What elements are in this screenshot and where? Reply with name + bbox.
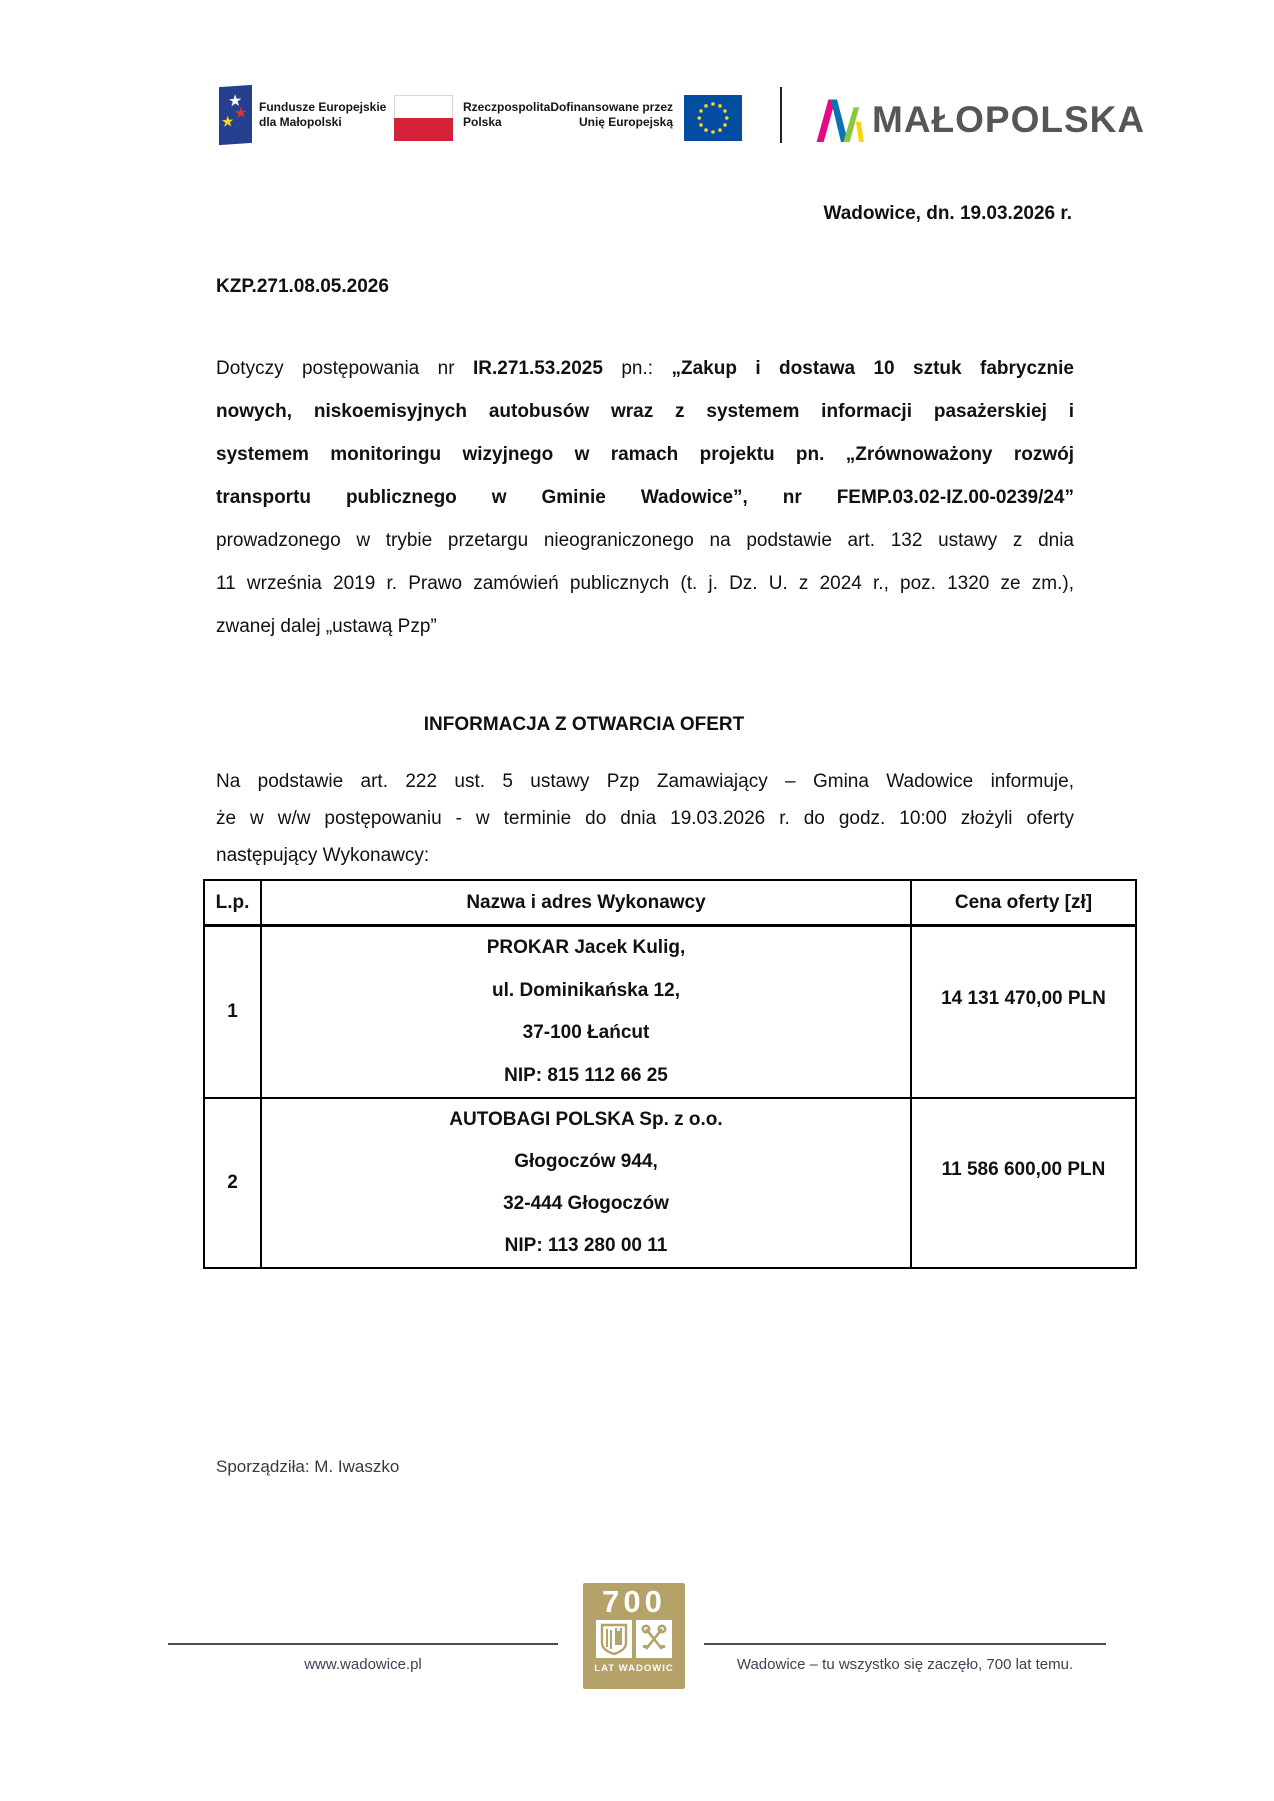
paragraph-line: Dotyczy postępowania nr IR.271.53.2025 p… (216, 347, 1074, 390)
shield-emblem-icon (596, 1620, 632, 1658)
paragraph-line: Na podstawie art. 222 ust. 5 ustawy Pzp … (216, 763, 1074, 800)
paragraph-line: nowych, niskoemisyjnych autobusów wraz z… (216, 390, 1074, 433)
document-page: ★ ★ ★ Fundusze Europejskie dla Małopolsk… (0, 0, 1274, 1801)
footer-slogan: Wadowice – tu wszystko się zaczęło, 700 … (704, 1656, 1106, 1673)
table-row: 1 PROKAR Jacek Kulig, ul. Dominikańska 1… (205, 927, 1135, 1099)
contractor-name-line: ul. Dominikańska 12, (492, 980, 680, 1002)
anniversary-logo: 700 (583, 1583, 685, 1689)
paragraph-line: 11 września 2019 r. Prawo zamówień publi… (216, 562, 1074, 605)
paragraph-line: prowadzonego w trybie przetargu nieogran… (216, 519, 1074, 562)
contractor-name-line: Głogoczów 944, (514, 1151, 658, 1173)
contractor-address-cell: PROKAR Jacek Kulig, ul. Dominikańska 12,… (262, 927, 912, 1097)
offer-price: 14 131 470,00 PLN (912, 927, 1135, 1097)
paragraph-line: transportu publicznego w Gminie Wadowice… (216, 476, 1074, 519)
malopolska-wordmark: MAŁOPOLSKA (872, 99, 1145, 141)
funding-logos-bar: ★ ★ ★ Fundusze Europejskie dla Małopolsk… (0, 0, 1274, 170)
poland-label: Rzeczpospolita Polska (463, 100, 550, 130)
row-number: 1 (205, 927, 262, 1097)
eu-flag-icon (684, 95, 742, 141)
row-number: 2 (205, 1099, 262, 1267)
keys-emblem-icon (636, 1620, 672, 1658)
anniversary-number: 700 (602, 1585, 666, 1619)
website-label: www.wadowice.pl (168, 1656, 558, 1673)
contractor-address-cell: AUTOBAGI POLSKA Sp. z o.o. Głogoczów 944… (262, 1099, 912, 1267)
contractor-name-line: NIP: 113 280 00 11 (505, 1235, 668, 1257)
prepared-by: Sporządziła: M. Iwaszko (216, 1457, 399, 1477)
intro-paragraph: Na podstawie art. 222 ust. 5 ustawy Pzp … (216, 763, 1074, 874)
star-icon: ★ (221, 114, 234, 130)
poland-flag-icon (394, 95, 453, 141)
contractor-name-line: PROKAR Jacek Kulig, (487, 937, 686, 959)
paragraph-line: zwanej dalej „ustawą Pzp” (216, 605, 1074, 648)
contractor-name-line: 32-444 Głogoczów (503, 1193, 669, 1215)
logo-divider (780, 87, 782, 143)
paragraph-line: że w w/w postępowaniu - w terminie do dn… (216, 800, 1074, 837)
paragraph-line: następujący Wykonawcy: (216, 837, 1074, 874)
col-header-lp: L.p. (205, 881, 262, 924)
cofunded-label: Dofinansowane przez Unię Europejską (540, 100, 673, 130)
contractor-name-line: 37-100 Łańcut (523, 1022, 650, 1044)
subject-paragraph: Dotyczy postępowania nr IR.271.53.2025 p… (216, 347, 1074, 648)
paragraph-line: systemem monitoringu wizyjnego w ramach … (216, 433, 1074, 476)
eu-funds-flag-icon: ★ ★ ★ (219, 85, 252, 145)
section-heading: INFORMACJA Z OTWARCIA OFERT (216, 714, 952, 736)
col-header-name: Nazwa i adres Wykonawcy (262, 881, 912, 924)
table-row: 2 AUTOBAGI POLSKA Sp. z o.o. Głogoczów 9… (205, 1099, 1135, 1267)
footer-rule-left (168, 1643, 558, 1645)
contractor-name-line: AUTOBAGI POLSKA Sp. z o.o. (449, 1109, 722, 1131)
table-header-row: L.p. Nazwa i adres Wykonawcy Cena oferty… (205, 881, 1135, 927)
reference-number: KZP.271.08.05.2026 (216, 276, 389, 298)
offer-price: 11 586 600,00 PLN (912, 1099, 1135, 1267)
anniversary-caption: LAT WADOWIC (594, 1663, 673, 1674)
date-line: Wadowice, dn. 19.03.2026 r. (823, 203, 1072, 225)
offers-table: L.p. Nazwa i adres Wykonawcy Cena oferty… (203, 879, 1137, 1269)
malopolska-m-icon (815, 94, 867, 146)
footer-rule-right (704, 1643, 1106, 1645)
contractor-name-line: NIP: 815 112 66 25 (504, 1065, 668, 1087)
col-header-price: Cena oferty [zł] (912, 881, 1135, 924)
star-icon: ★ (234, 105, 247, 121)
eu-funds-label: Fundusze Europejskie dla Małopolski (259, 100, 386, 130)
